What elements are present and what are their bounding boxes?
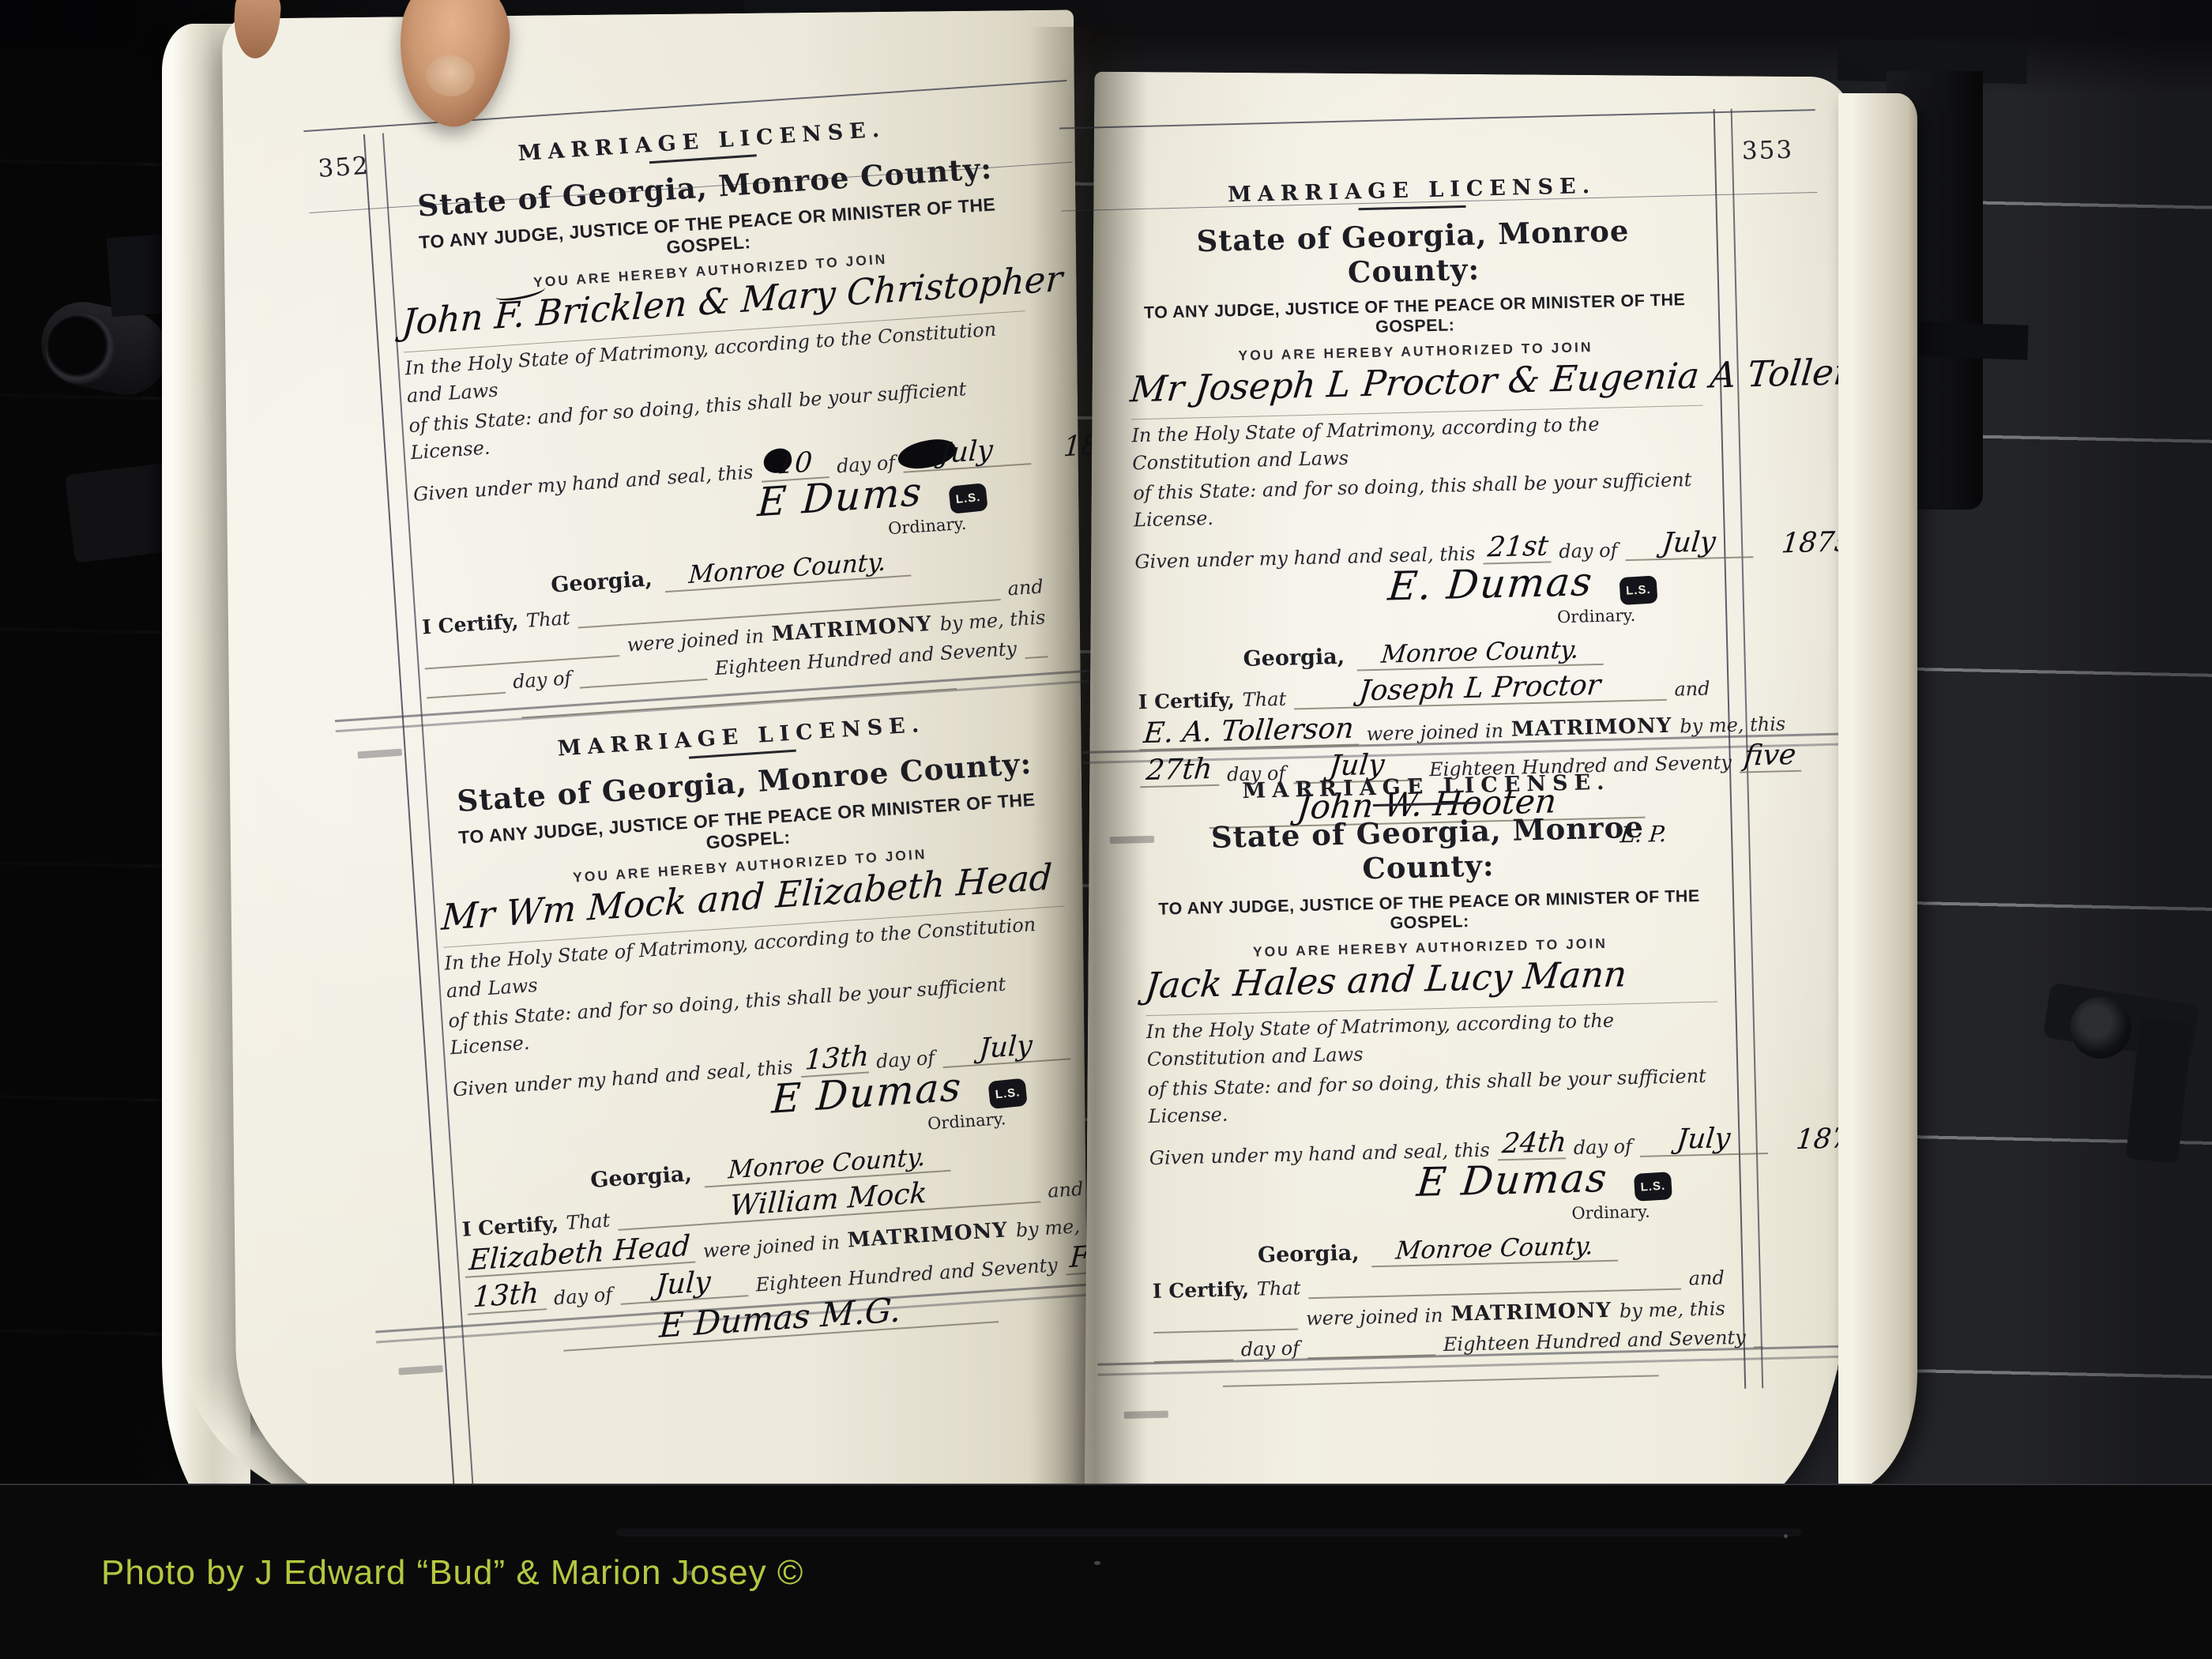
- bride-handwriting: E. A. Tollerson: [1142, 716, 1355, 748]
- cert-day-blank: [1154, 1342, 1234, 1362]
- address-line: TO ANY JUDGE, JUSTICE OF THE PEACE OR MI…: [1128, 290, 1701, 344]
- right-page-edges: [1838, 93, 1917, 1493]
- day-handwriting: 24th: [1501, 1130, 1567, 1157]
- joined-pre-label: were joined in: [702, 1232, 841, 1262]
- matrimony-word: MATRIMONY: [1511, 714, 1672, 742]
- ls-seal: L.S.: [1634, 1172, 1672, 1202]
- top-border-line: [1059, 109, 1815, 129]
- month-handwriting: July: [1661, 529, 1717, 557]
- page-number: 352: [317, 152, 370, 183]
- month-blank: July: [1625, 529, 1754, 561]
- certificate-county-row: Georgia, Monroe County.: [1152, 1232, 1725, 1273]
- matrimony-line: In the Holy State of Matrimony, accordin…: [1146, 1004, 1719, 1073]
- cert-month-handwriting: July: [656, 1269, 712, 1300]
- and-label: and: [1688, 1266, 1725, 1289]
- matrimony-word: MATRIMONY: [847, 1218, 1009, 1252]
- bride-blank: [1153, 1311, 1299, 1333]
- joined-post-label: by me, this: [1619, 1297, 1726, 1322]
- fingernail: [423, 52, 477, 99]
- ls-seal: L.S.: [1619, 576, 1657, 606]
- marriage-license-form: MARRIAGE LICENSE. State of Georgia, Monr…: [390, 109, 1051, 758]
- joined-post-label: by me, this: [939, 606, 1046, 635]
- printer-mark: [398, 1365, 442, 1375]
- month-handwriting: July: [1676, 1126, 1732, 1153]
- that-label: That: [1242, 688, 1286, 711]
- month-handwriting: July: [979, 1033, 1033, 1063]
- year-words-label: Eighteen Hundred and Seventy: [1443, 1326, 1746, 1356]
- bride-blank: E. A. Tollerson: [1138, 716, 1359, 751]
- left-page: 352 MARRIAGE LICENSE. State of Georgia, …: [222, 9, 1089, 1544]
- page-number: 353: [1741, 136, 1793, 166]
- that-label: That: [525, 607, 570, 632]
- matrimony-line: of this State: and for so doing, this sh…: [1133, 465, 1706, 534]
- certify-row: I Certify, That Joseph L Proctor and: [1138, 669, 1710, 713]
- that-label: That: [1257, 1277, 1301, 1300]
- cert-day-blank: [426, 675, 506, 699]
- minister-signature-row: [1154, 1356, 1727, 1423]
- officiant-signature: E Dumas: [771, 1069, 964, 1119]
- ls-seal: L.S.: [948, 483, 987, 515]
- cert-date-row: day of Eighteen Hundred and Seventy: [1153, 1326, 1725, 1363]
- cert-year-blank: [1024, 639, 1048, 659]
- right-page: 353 MARRIAGE LICENSE. State of Georgia, …: [1085, 72, 1855, 1528]
- cert-year-blank: five: [1739, 742, 1801, 773]
- and-label: and: [1007, 575, 1044, 600]
- officiant-signature: E. Dumas: [1386, 563, 1595, 606]
- photo-of-marriage-record-book: 352 MARRIAGE LICENSE. State of Georgia, …: [0, 0, 2212, 1659]
- day-of-label: day of: [1240, 1337, 1300, 1360]
- title-rule: [1359, 205, 1466, 210]
- and-label: and: [1047, 1178, 1084, 1202]
- day-of-label: day of: [553, 1284, 613, 1310]
- dust-speck: [1094, 1561, 1100, 1565]
- ls-seal: L.S.: [987, 1078, 1027, 1110]
- and-label: and: [1674, 678, 1710, 701]
- state-county-heading: State of Georgia, Monroe County:: [1127, 212, 1700, 295]
- day-handwriting: 21st: [1487, 534, 1550, 562]
- matrimony-line: of this State: and for so doing, this sh…: [1147, 1062, 1720, 1130]
- joined-pre-label: were joined in: [1366, 720, 1503, 745]
- certify-label: I Certify,: [1138, 688, 1235, 713]
- joined-pre-label: were joined in: [1306, 1304, 1443, 1330]
- couple-names-handwriting: Jack Hales and Lucy Mann: [1143, 957, 1628, 1003]
- binder-left-post-end: [46, 314, 115, 384]
- joined-row: E. A. Tollerson were joined in MATRIMONY…: [1138, 707, 1711, 751]
- joined-pre-label: were joined in: [626, 625, 765, 656]
- matrimony-line: In the Holy State of Matrimony, accordin…: [1131, 408, 1704, 477]
- groom-blank: [1308, 1272, 1681, 1300]
- county-blank: Monroe County.: [1371, 1235, 1618, 1267]
- cert-month-blank: [1307, 1337, 1436, 1359]
- cert-day-blank: 13th: [466, 1280, 547, 1315]
- photo-credit: Photo by J Edward “Bud” & Marion Josey ©: [101, 1553, 803, 1593]
- address-line: TO ANY JUDGE, JUSTICE OF THE PEACE OR MI…: [1143, 886, 1716, 939]
- dust-speck: [1784, 1534, 1788, 1538]
- matrimony-word: MATRIMONY: [771, 612, 933, 646]
- binder-lower-right-knob: [2070, 997, 2131, 1059]
- county-handwriting: Monroe County.: [1380, 639, 1580, 668]
- open-record-book: 352 MARRIAGE LICENSE. State of Georgia, …: [162, 14, 1922, 1556]
- cert-month-blank: [579, 662, 708, 689]
- joined-row: were joined in MATRIMONY by me, this: [1153, 1296, 1726, 1334]
- county-handwriting: Monroe County.: [728, 1146, 926, 1183]
- county-handwriting: Monroe County.: [1394, 1236, 1594, 1264]
- day-of-label: day of: [512, 667, 572, 693]
- county-handwriting: Monroe County.: [688, 551, 886, 588]
- day-handwriting: 10: [777, 450, 813, 479]
- cert-month-blank: July: [619, 1266, 748, 1305]
- groom-handwriting: William Mock: [729, 1180, 927, 1221]
- georgia-label: Georgia,: [550, 567, 653, 598]
- georgia-label: Georgia,: [589, 1162, 692, 1193]
- georgia-label: Georgia,: [1243, 645, 1345, 671]
- matrimony-word: MATRIMONY: [1450, 1299, 1612, 1326]
- certify-label: I Certify,: [461, 1212, 559, 1241]
- form-title: MARRIAGE LICENSE.: [1126, 171, 1698, 210]
- cert-year-blank: [1753, 1330, 1763, 1348]
- georgia-label: Georgia,: [1258, 1241, 1360, 1268]
- certificate-county-row: Georgia, Monroe County.: [1137, 636, 1710, 676]
- minister-signature-line: [1222, 1358, 1658, 1386]
- printer-mark: [358, 749, 402, 759]
- certify-label: I Certify,: [1153, 1277, 1250, 1303]
- month-handwriting: July: [939, 438, 994, 468]
- printer-mark: [1124, 1410, 1168, 1418]
- cert-year-handwriting: five: [1743, 742, 1797, 770]
- cert-day-handwriting: 13th: [472, 1281, 540, 1312]
- joined-post-label: by me, this: [1680, 713, 1786, 737]
- marriage-license-form: MARRIAGE LICENSE. State of Georgia, Monr…: [430, 704, 1093, 1375]
- marriage-license-form: MARRIAGE LICENSE. State of Georgia, Monr…: [1126, 171, 1714, 848]
- groom-handwriting: Joseph L Proctor: [1358, 672, 1602, 705]
- officiant-signature: E Dums: [757, 474, 924, 523]
- certify-label: I Certify,: [421, 609, 519, 638]
- shelf-sheen: [616, 1529, 1801, 1537]
- that-label: That: [566, 1209, 611, 1235]
- marriage-license-form: MARRIAGE LICENSE. State of Georgia, Monr…: [1140, 768, 1728, 1423]
- county-blank: Monroe County.: [1356, 638, 1604, 671]
- groom-blank: Joseph L Proctor: [1294, 671, 1667, 710]
- month-blank: July: [1639, 1125, 1768, 1157]
- minister-signature: E Dumas M.G.: [658, 1295, 901, 1342]
- officiant-signature: E Dumas: [1416, 1160, 1610, 1202]
- state-county-heading: State of Georgia, Monroe County:: [1141, 808, 1714, 892]
- title-rule: [1373, 802, 1480, 807]
